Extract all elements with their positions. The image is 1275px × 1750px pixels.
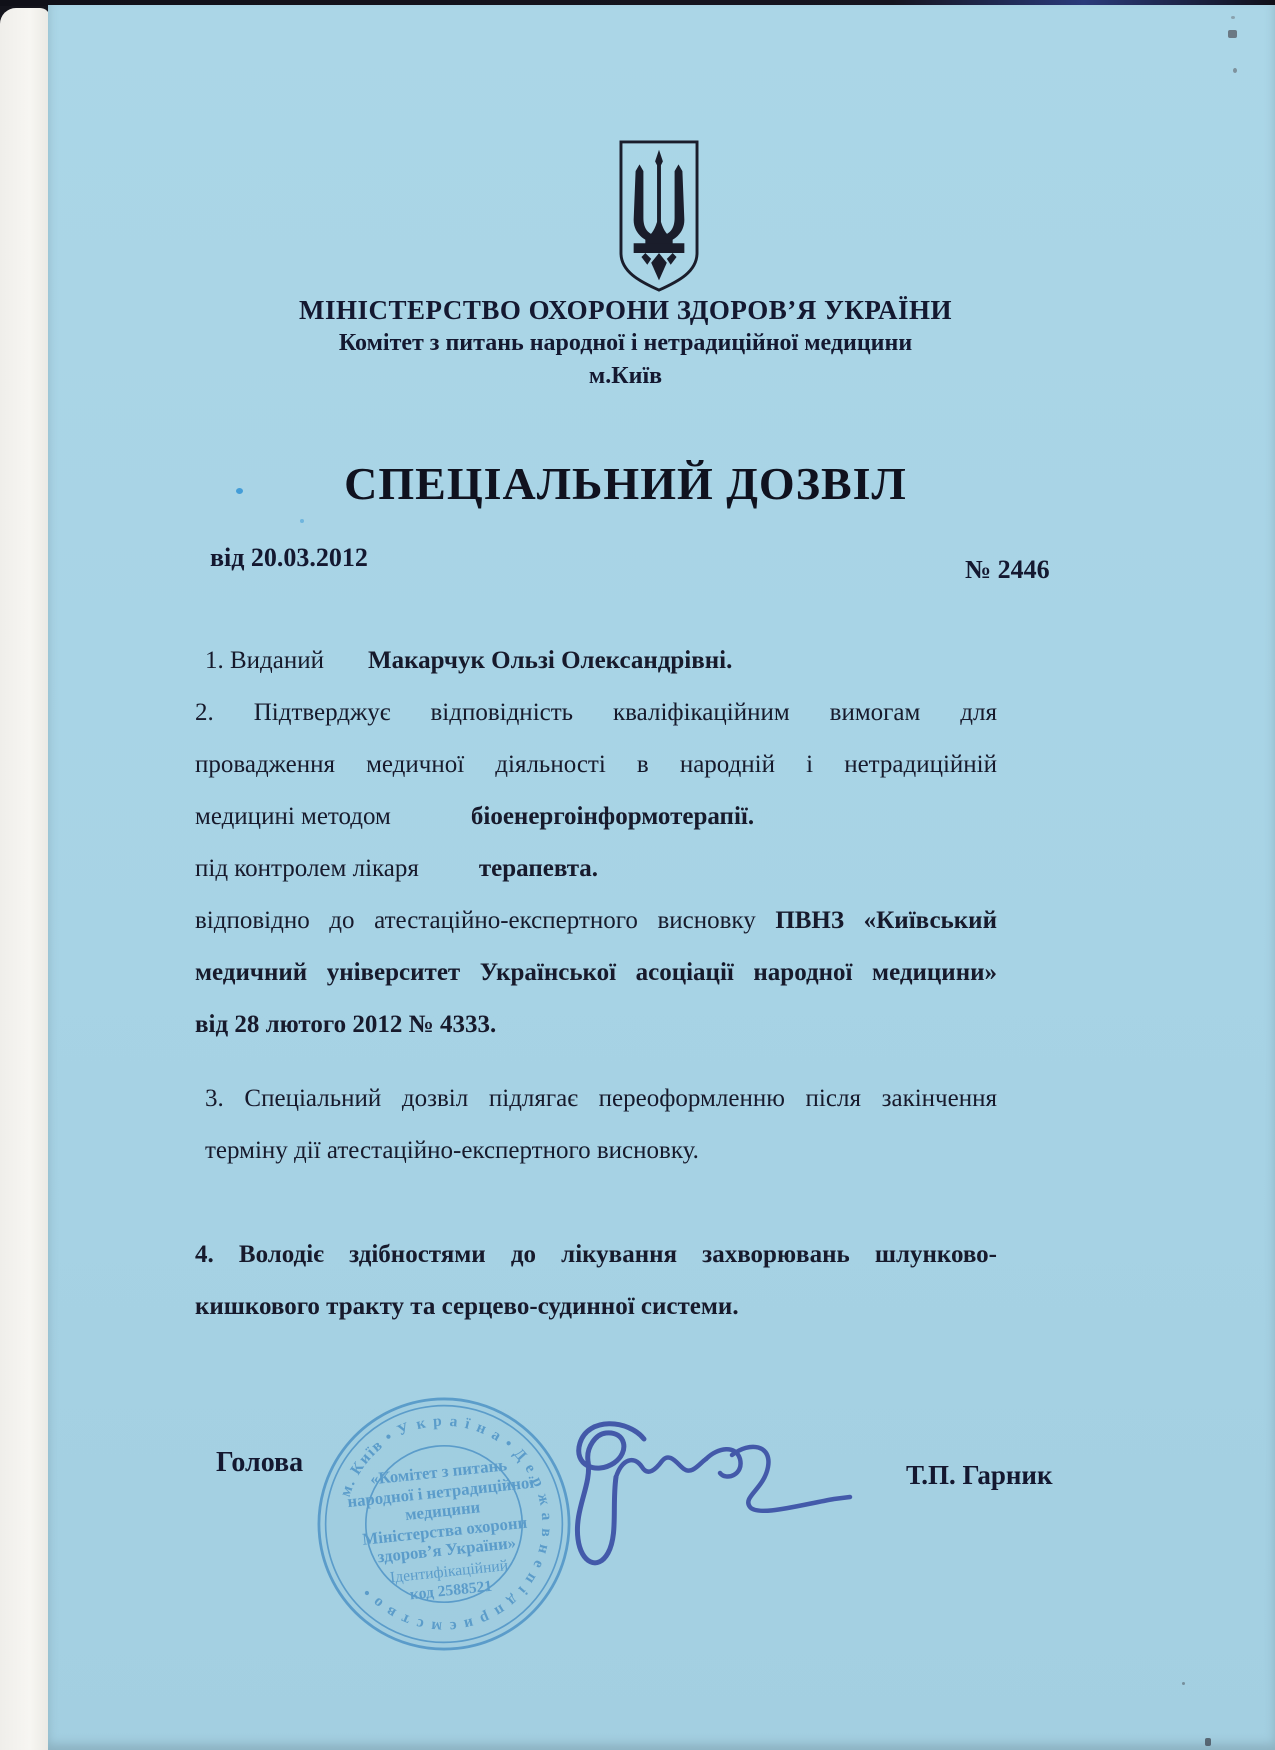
document-title: СПЕЦІАЛЬНИЙ ДОЗВІЛ [48,457,1203,510]
scan-speck [1182,1682,1185,1685]
scanned-permit-page: { "page": { "paper_color": "#a7d3e5", "t… [0,0,1275,1750]
item-2-line-1: 2. Підтверджує відповідність кваліфікаці… [195,687,997,739]
ukraine-trident-emblem-icon [615,138,703,294]
doctor-prefix: під контролем лікаря [195,855,419,882]
signature-icon [436,1413,866,1588]
conclusion-prefix: відповідно до атестаційно-експертного ви… [195,907,756,934]
item-2-line-2: провадження медичної діяльності в народн… [195,739,997,791]
method-prefix: медицині методом [195,803,391,830]
ink-speck [236,488,243,494]
permit-number: № 2446 [965,555,1050,585]
scan-speck [1205,1738,1211,1746]
document-header: МІНІСТЕРСТВО ОХОРОНИ ЗДОРОВ’Я УКРАЇНИ Ко… [48,293,1203,393]
organization-name-start: ПВНЗ «Київський [775,907,997,934]
city-line: м.Київ [48,360,1203,393]
item-4-line-1: 4. Володіє здібностями до лікування захв… [195,1229,997,1281]
signatory-name: Т.П. Гарник [906,1460,1053,1491]
issue-date: від 20.03.2012 [210,543,368,573]
meta-row: від 20.03.2012 № 2446 [210,543,1110,583]
scan-speck [1228,30,1237,38]
item-1-prefix: 1. Виданий [195,647,324,674]
item-1-issued-to: 1. ВиданийМакарчук Ользі Олександрівні. [195,635,997,687]
item-3-line-2: терміну дії атестаційно-експертного висн… [195,1125,997,1177]
item-4-line-2: кишкового тракту та серцево-судинної сис… [195,1281,997,1333]
item-2-line-4: під контролем лікарятерапевта. [195,843,997,895]
method-name: біоенергоінформотерапії. [471,803,754,830]
permit-paper: МІНІСТЕРСТВО ОХОРОНИ ЗДОРОВ’Я УКРАЇНИ Ко… [48,5,1275,1750]
holder-name: Макарчук Ользі Олександрівні. [368,647,732,674]
item-2-line-6: медичний університет Української асоціац… [195,947,997,999]
scan-speck [1231,16,1235,19]
permit-body: 1. ВиданийМакарчук Ользі Олександрівні. … [195,635,997,1333]
item-2-line-3: медицині методомбіоенергоінформотерапії. [195,791,997,843]
ministry-name: МІНІСТЕРСТВО ОХОРОНИ ЗДОРОВ’Я УКРАЇНИ [48,293,1203,327]
position-label: Голова [216,1447,303,1479]
ink-speck [300,519,304,523]
scan-speck [1233,68,1237,73]
item-3-line-1: 3. Спеціальний дозвіл підлягає переоформ… [195,1073,997,1125]
doctor-specialty: терапевта. [479,855,598,882]
item-2-line-5: відповідно до атестаційно-експертного ви… [195,895,997,947]
backing-sheet-strip [0,8,50,1750]
committee-name: Комітет з питань народної і нетрадиційно… [48,327,1203,360]
item-2-line-7: від 28 лютого 2012 № 4333. [195,999,997,1051]
